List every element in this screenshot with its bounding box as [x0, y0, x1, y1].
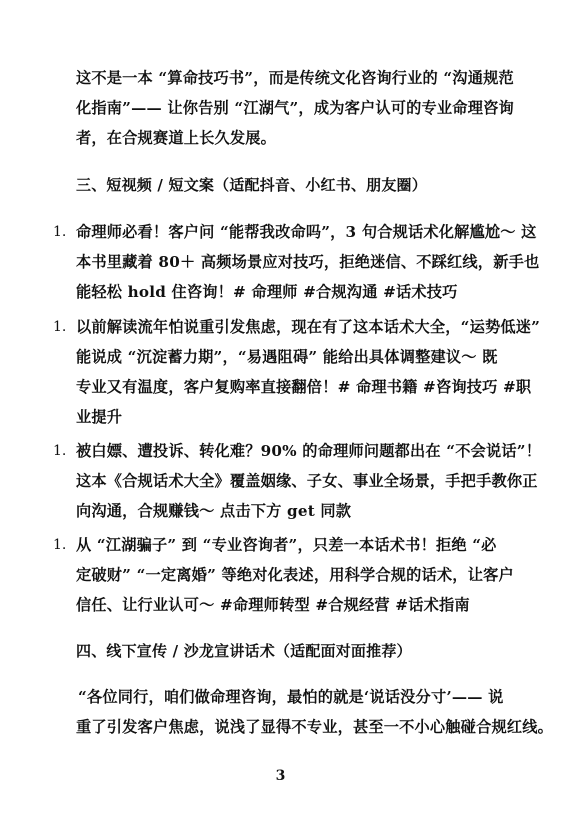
list-item-line: 这本《合规话术大全》覆盖姻缘、子女、事业全场景，手把手教你正 — [76, 470, 496, 492]
intro-line: 这不是一本 “算命技巧书”，而是传统文化咨询行业的 “沟通规范 — [76, 67, 496, 89]
list-item-line: 被白嫖、遭投诉、转化难？90% 的命理师问题都出在 “不会说话”！ — [76, 440, 496, 462]
list-item-number: 1. — [53, 221, 75, 243]
list-item-number: 1. — [53, 440, 75, 462]
list-item-line: 专业又有温度，客户复购率直接翻倍！# 命理书籍 #咨询技巧 #职 — [76, 376, 496, 398]
list-item-line: 从 “江湖骗子” 到 “专业咨询者”，只差一本话术书！拒绝 “必 — [76, 534, 496, 556]
document-page: 这不是一本 “算命技巧书”，而是传统文化咨询行业的 “沟通规范 化指南”—— 让… — [0, 0, 561, 820]
list-item-line: 向沟通，合规赚钱～ 点击下方 get 同款 — [76, 500, 496, 522]
section-heading-offline-promo: 四、线下宣传 / 沙龙宣讲话术（适配面对面推荐） — [76, 640, 496, 662]
list-item-line: 业提升 — [76, 406, 496, 428]
list-item-line: 能轻松 hold 住咨询！# 命理师 #合规沟通 #话术技巧 — [76, 281, 496, 303]
list-item-line: 以前解读流年怕说重引发焦虑，现在有了这本话术大全，“运势低迷” — [76, 316, 496, 338]
page-number: 3 — [0, 768, 561, 784]
section-heading-short-video: 三、短视频 / 短文案（适配抖音、小红书、朋友圈） — [76, 174, 496, 196]
list-item-number: 1. — [53, 316, 75, 338]
paragraph-line: “各位同行，咱们做命理咨询，最怕的就是‘说话没分寸’—— 说 — [78, 686, 498, 708]
list-item-number: 1. — [53, 534, 75, 556]
list-item-line: 能说成 “沉淀蓄力期”，“易遇阻碍” 能给出具体调整建议～ 既 — [76, 346, 496, 368]
list-item-line: 本书里藏着 80＋ 高频场景应对技巧，拒绝迷信、不踩红线，新手也 — [76, 251, 496, 273]
list-item-line: 命理师必看！客户问 “能帮我改命吗”，3 句合规话术化解尴尬～ 这 — [76, 221, 496, 243]
intro-line: 化指南”—— 让你告别 “江湖气”，成为客户认可的专业命理咨询 — [76, 97, 496, 119]
list-item-line: 信任、让行业认可～ #命理师转型 #合规经营 #话术指南 — [76, 594, 496, 616]
paragraph-line: 重了引发客户焦虑，说浅了显得不专业，甚至一不小心触碰合规红线。 — [76, 716, 496, 738]
intro-line: 者，在合规赛道上长久发展。 — [76, 127, 496, 149]
list-item-line: 定破财” “一定离婚” 等绝对化表述，用科学合规的话术，让客户 — [76, 564, 496, 586]
